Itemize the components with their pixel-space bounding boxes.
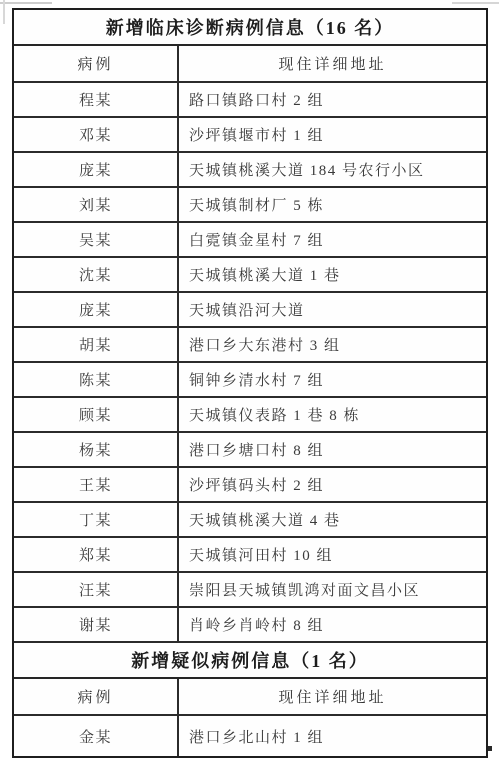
address-cell: 肖岭乡肖岭村 8 组 [179, 608, 486, 641]
table-row: 邓某 沙坪镇堰市村 1 组 [14, 118, 486, 153]
case-name-cell: 沈某 [14, 258, 179, 291]
table-row: 沈某 天城镇桃溪大道 1 巷 [14, 258, 486, 293]
header-row: 病例 现住详细地址 [14, 46, 486, 83]
address-cell: 沙坪镇堰市村 1 组 [179, 118, 486, 151]
address-cell: 路口镇路口村 2 组 [179, 83, 486, 116]
table-row: 胡某 港口乡大东港村 3 组 [14, 328, 486, 363]
table-row: 金某 港口乡北山村 1 组 [14, 716, 486, 756]
scan-artifact-line [0, 2, 52, 4]
case-name-cell: 丁某 [14, 503, 179, 536]
column-header-case: 病例 [14, 679, 179, 714]
section-title: 新增疑似病例信息（1 名） [14, 643, 486, 679]
address-cell: 白霓镇金星村 7 组 [179, 223, 486, 256]
table-row: 刘某 天城镇制材厂 5 栋 [14, 188, 486, 223]
table-row: 杨某 港口乡塘口村 8 组 [14, 433, 486, 468]
scan-artifact-dot [488, 746, 492, 751]
case-name-cell: 王某 [14, 468, 179, 501]
table-row: 顾某 天城镇仪表路 1 巷 8 栋 [14, 398, 486, 433]
scan-artifact-line [452, 2, 499, 4]
address-cell: 天城镇桃溪大道 1 巷 [179, 258, 486, 291]
address-cell: 天城镇制材厂 5 栋 [179, 188, 486, 221]
scan-artifact-line [3, 0, 5, 24]
table-section: 新增疑似病例信息（1 名） 病例 现住详细地址 金某 港口乡北山村 1 组 [14, 643, 486, 756]
case-name-cell: 庞某 [14, 293, 179, 326]
address-cell: 铜钟乡清水村 7 组 [179, 363, 486, 396]
address-cell: 天城镇桃溪大道 184 号农行小区 [179, 153, 486, 186]
case-name-cell: 吴某 [14, 223, 179, 256]
case-name-cell: 胡某 [14, 328, 179, 361]
column-header-address: 现住详细地址 [179, 46, 486, 81]
case-name-cell: 谢某 [14, 608, 179, 641]
table-row: 陈某 铜钟乡清水村 7 组 [14, 363, 486, 398]
case-info-table: 新增临床诊断病例信息（16 名） 病例 现住详细地址 程某 路口镇路口村 2 组… [12, 8, 488, 758]
case-name-cell: 陈某 [14, 363, 179, 396]
column-header-case: 病例 [14, 46, 179, 81]
table-row: 谢某 肖岭乡肖岭村 8 组 [14, 608, 486, 643]
address-cell: 天城镇仪表路 1 巷 8 栋 [179, 398, 486, 431]
case-name-cell: 庞某 [14, 153, 179, 186]
case-name-cell: 程某 [14, 83, 179, 116]
address-cell: 港口乡北山村 1 组 [179, 716, 486, 756]
column-header-address: 现住详细地址 [179, 679, 486, 714]
case-name-cell: 顾某 [14, 398, 179, 431]
table-row: 汪某 崇阳县天城镇凯鸿对面文昌小区 [14, 573, 486, 608]
address-cell: 港口乡塘口村 8 组 [179, 433, 486, 466]
table-section: 新增临床诊断病例信息（16 名） 病例 现住详细地址 程某 路口镇路口村 2 组… [14, 10, 486, 643]
case-name-cell: 刘某 [14, 188, 179, 221]
table-row: 王某 沙坪镇码头村 2 组 [14, 468, 486, 503]
table-row: 吴某 白霓镇金星村 7 组 [14, 223, 486, 258]
address-cell: 崇阳县天城镇凯鸿对面文昌小区 [179, 573, 486, 606]
table-row: 丁某 天城镇桃溪大道 4 巷 [14, 503, 486, 538]
address-cell: 天城镇河田村 10 组 [179, 538, 486, 571]
header-row: 病例 现住详细地址 [14, 679, 486, 716]
case-name-cell: 杨某 [14, 433, 179, 466]
section-title: 新增临床诊断病例信息（16 名） [14, 10, 486, 46]
address-cell: 天城镇沿河大道 [179, 293, 486, 326]
address-cell: 天城镇桃溪大道 4 巷 [179, 503, 486, 536]
table-row: 程某 路口镇路口村 2 组 [14, 83, 486, 118]
case-name-cell: 金某 [14, 716, 179, 756]
address-cell: 沙坪镇码头村 2 组 [179, 468, 486, 501]
table-row: 郑某 天城镇河田村 10 组 [14, 538, 486, 573]
case-name-cell: 汪某 [14, 573, 179, 606]
address-cell: 港口乡大东港村 3 组 [179, 328, 486, 361]
table-row: 庞某 天城镇桃溪大道 184 号农行小区 [14, 153, 486, 188]
case-name-cell: 邓某 [14, 118, 179, 151]
table-row: 庞某 天城镇沿河大道 [14, 293, 486, 328]
case-name-cell: 郑某 [14, 538, 179, 571]
